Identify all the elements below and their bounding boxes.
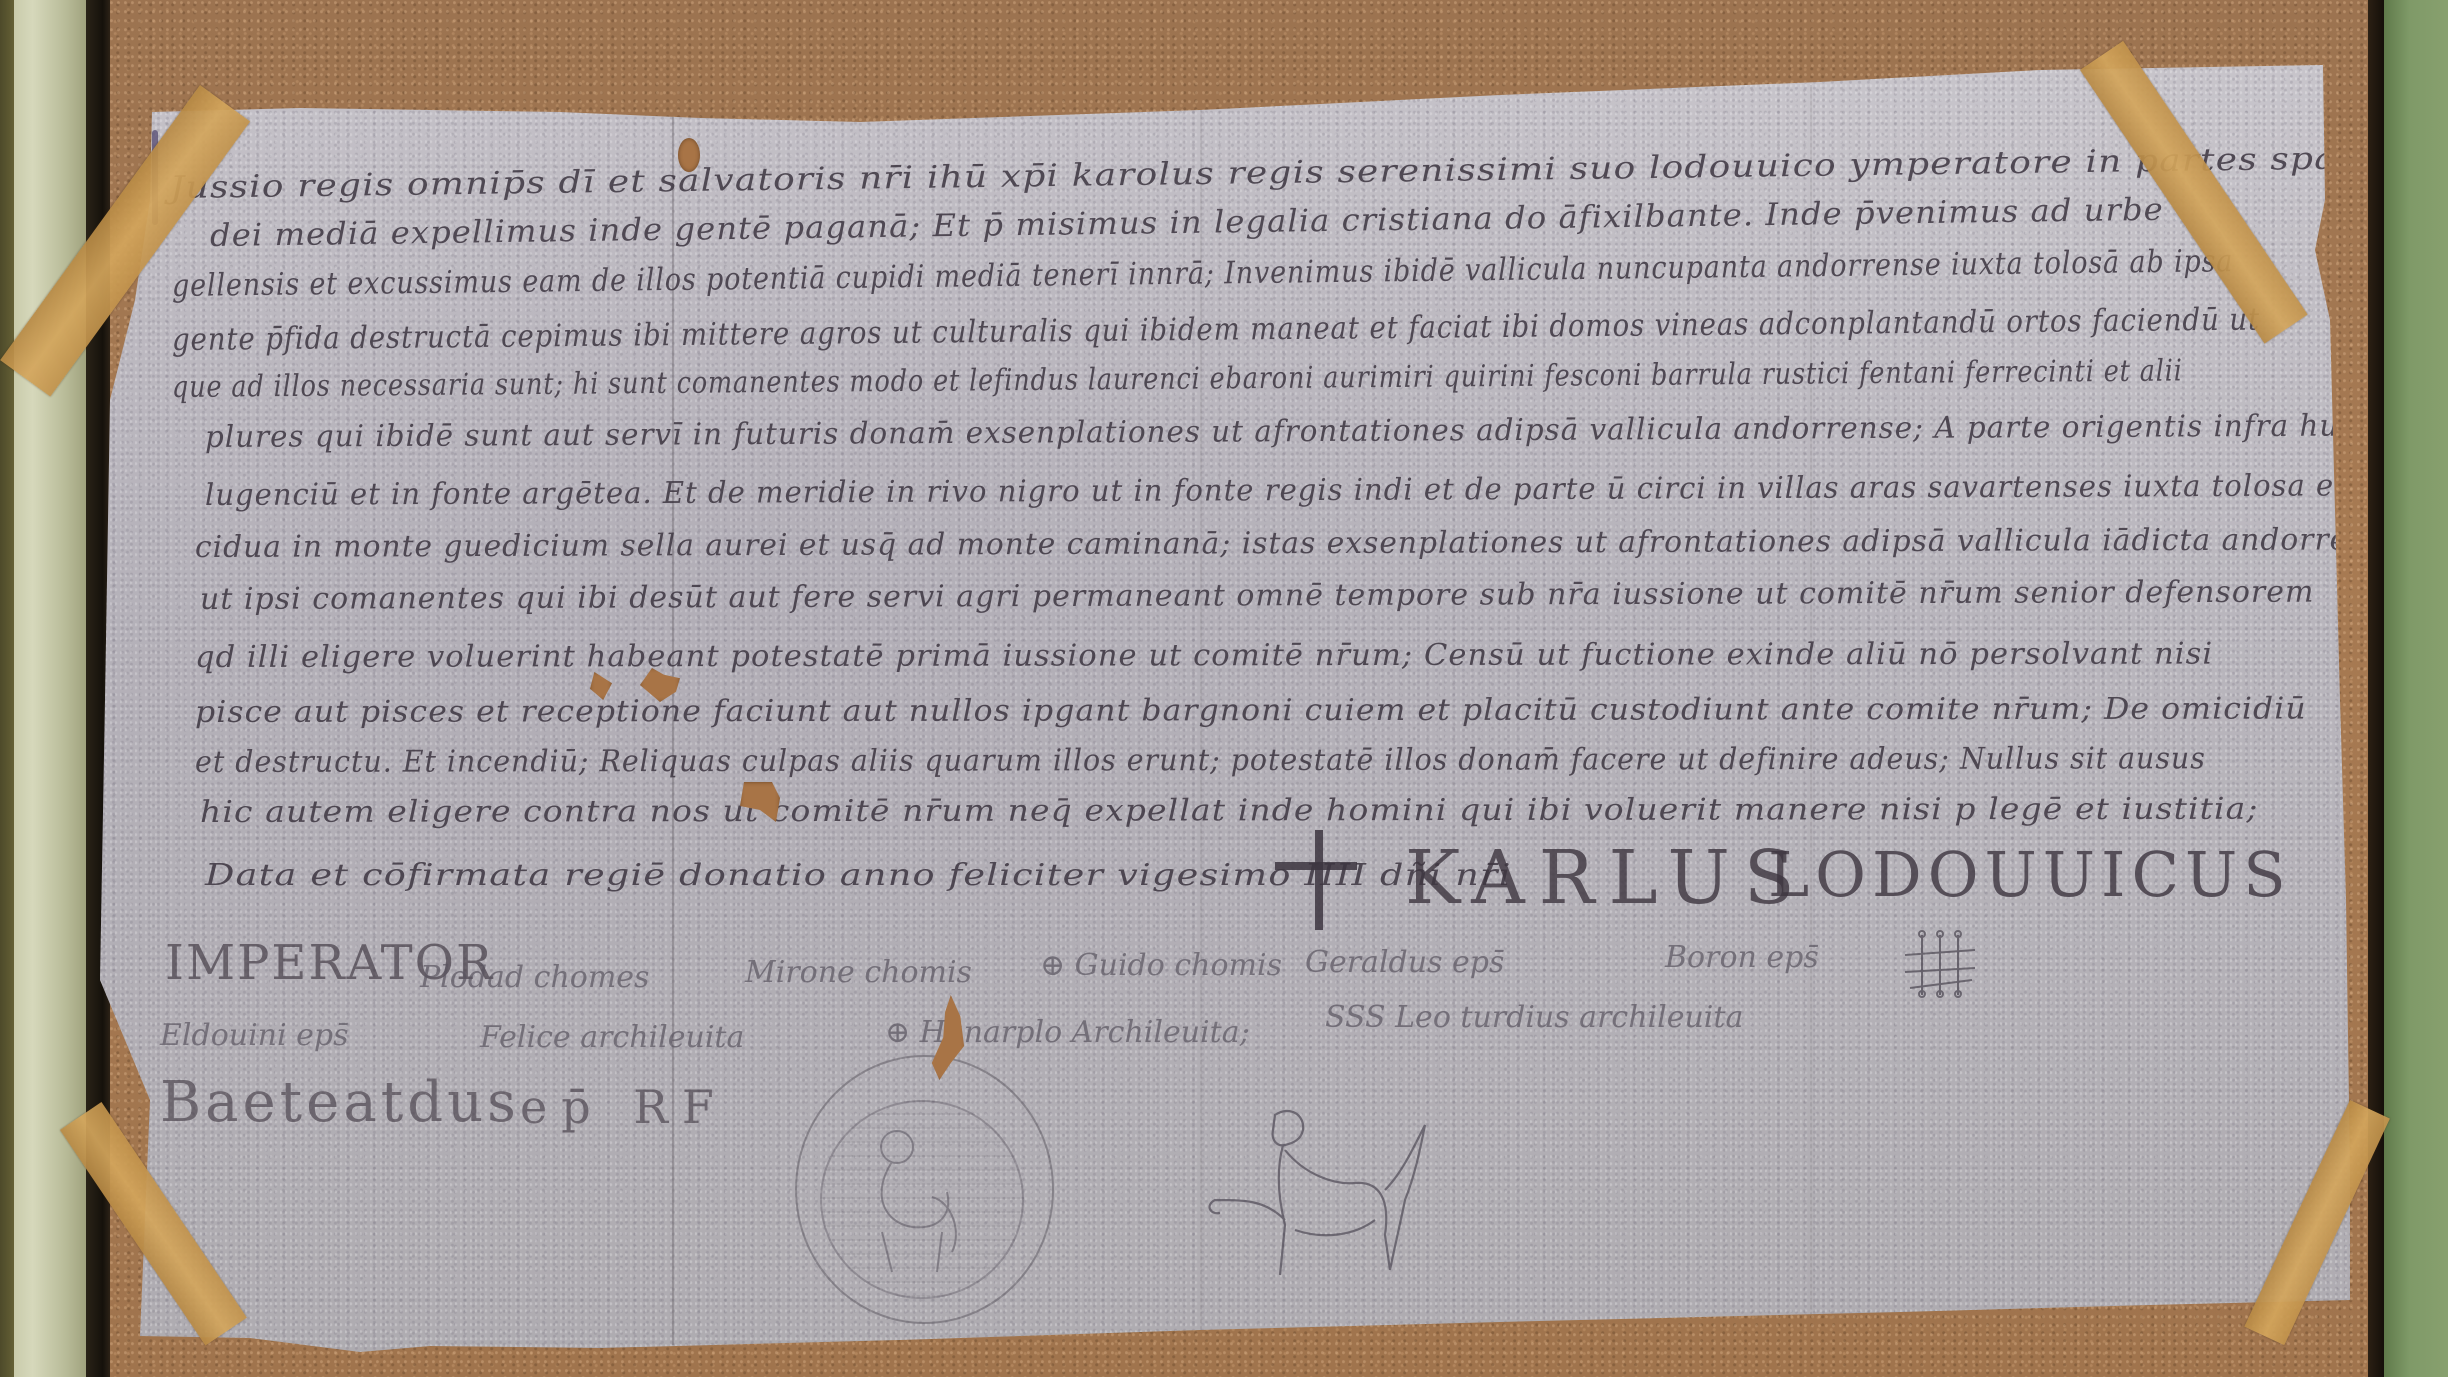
subscription: SSS Leo turdius archileuita	[1325, 1000, 1743, 1035]
charter-line-10: qd illi eligere voluerint habeant potest…	[195, 637, 2213, 675]
subscription-baeteatdus: Baeteatdus	[160, 1070, 520, 1135]
subscription: Felice archileuita	[480, 1020, 744, 1055]
subscription: ⊕ Guido chomis	[1040, 948, 1282, 983]
signum-cross-icon	[1315, 830, 1323, 930]
charter-parchment: Jussio regis omnip̄s dī et salvatoris nr…	[0, 0, 2448, 1377]
charter-line-12: et destructu. Et incendiū; Reliquas culp…	[195, 741, 2206, 780]
charter-line-7: lugenciū et in fonte argētea. Et de meri…	[205, 468, 2441, 513]
signature-karlus: KARLUS	[1405, 835, 1809, 921]
subscription: Eldouini eps̄	[160, 1018, 348, 1053]
subscription: Boron eps̄	[1665, 940, 1819, 975]
subscription: Plodad chomes	[420, 960, 649, 995]
display-frame-left	[14, 0, 88, 1377]
charter-line-13: hic autem eligere contra nos ut comitē n…	[200, 792, 2259, 830]
monogram-grid-icon	[1900, 930, 1980, 1000]
signature-lodouuicus: LODOUUICUS	[1768, 838, 2292, 911]
fold-line	[672, 115, 674, 1345]
signum-cross-icon	[1275, 862, 1357, 870]
subscription-rf: ep̄ RF	[520, 1080, 728, 1134]
seal-lion-icon	[820, 1100, 1024, 1299]
subscription: Mirone chomis	[745, 955, 972, 990]
charter-line-6: plures qui ibidē sunt aut servī in futur…	[205, 409, 2339, 455]
subscription: ⊕ Hanarplo Archileuita;	[885, 1015, 1250, 1050]
charter-line-11: pisce aut pisces et receptione faciunt a…	[195, 691, 2307, 730]
lion-drawing-icon	[1205, 1105, 1455, 1295]
charter-line-3: gellensis et excussimus eam de illos pot…	[172, 243, 2234, 304]
subscription: Geraldus eps̄	[1305, 945, 1504, 980]
display-frame-right	[2384, 0, 2448, 1377]
charter-line-4: gente p̄fida destructā cepimus ibi mitte…	[172, 302, 2260, 358]
charter-line-8: cidua in monte guedicium sella aurei et …	[195, 522, 2383, 565]
punch-hole	[678, 138, 700, 172]
charter-line-9: ut ipsi comanentes qui ibi desūt aut fer…	[200, 575, 2315, 617]
charter-line-5: que ad illos necessaria sunt; hi sunt co…	[172, 353, 2183, 405]
